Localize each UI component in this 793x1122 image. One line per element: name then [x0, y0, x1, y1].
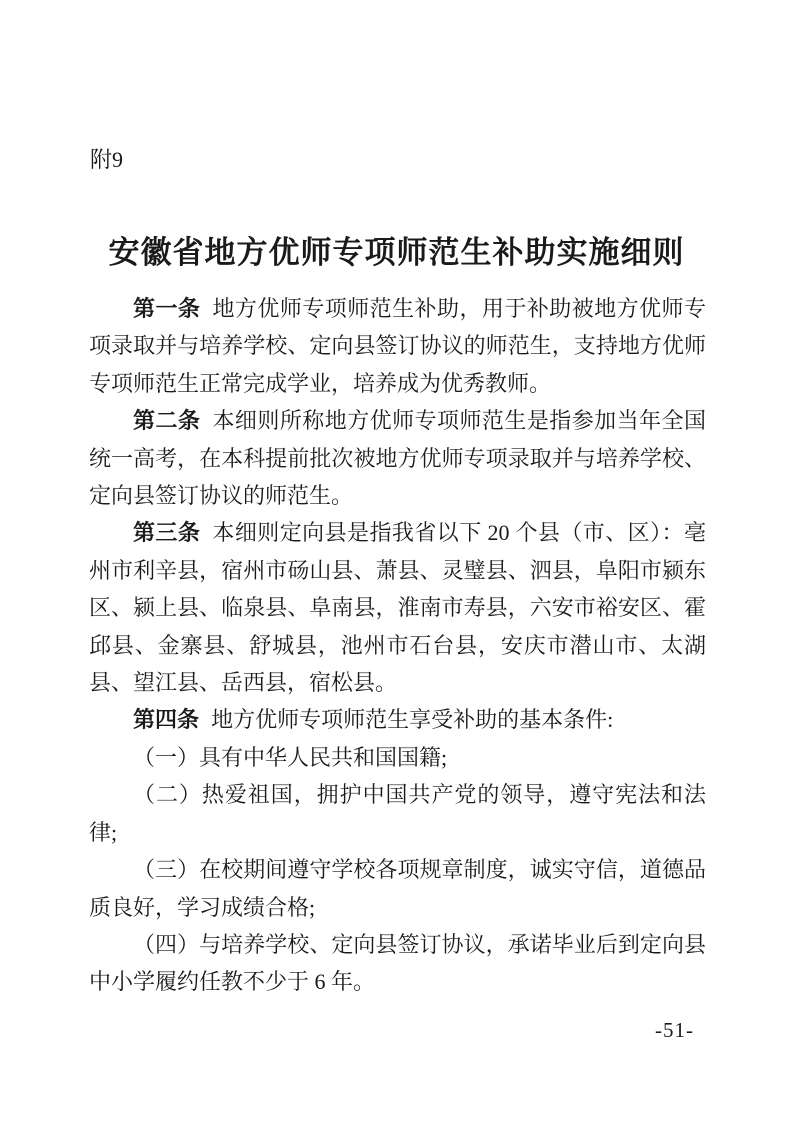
paragraph-item-3: （三）在校期间遵守学校各项规章制度，诚实守信，道德品质良好，学习成绩合格;: [89, 851, 706, 926]
article-1-number: 第一条: [133, 296, 200, 321]
paragraph-article-1: 第一条地方优师专项师范生补助，用于补助被地方优师专项录取并与培养学校、定向县签订…: [89, 290, 706, 402]
article-2-number: 第二条: [133, 408, 200, 433]
paragraph-article-4: 第四条地方优师专项师范生享受补助的基本条件:: [89, 701, 706, 738]
item-3-text: （三）在校期间遵守学校各项规章制度，诚实守信，道德品质良好，学习成绩合格;: [89, 857, 706, 919]
paragraph-article-3: 第三条本细则定向县是指我省以下 20 个县（市、区）：亳州市利辛县，宿州市砀山县…: [89, 514, 706, 701]
item-1-text: （一）具有中华人民共和国国籍;: [133, 745, 447, 770]
attachment-label: 附9: [90, 148, 123, 172]
document-body: 第一条地方优师专项师范生补助，用于补助被地方优师专项录取并与培养学校、定向县签订…: [89, 290, 706, 1001]
paragraph-item-2: （二）热爱祖国，拥护中国共产党的领导，遵守宪法和法律;: [89, 776, 706, 851]
paragraph-item-4: （四）与培养学校、定向县签订协议，承诺毕业后到定向县中小学履约任教不少于 6 年…: [89, 926, 706, 1001]
article-4-number: 第四条: [133, 707, 199, 732]
page-number: -51-: [655, 1018, 694, 1042]
document-page: 附9 安徽省地方优师专项师范生补助实施细则 第一条地方优师专项师范生补助，用于补…: [0, 0, 793, 1122]
article-4-text: 地方优师专项师范生享受补助的基本条件:: [211, 707, 613, 732]
page-title: 安徽省地方优师专项师范生补助实施细则: [0, 234, 793, 272]
article-3-number: 第三条: [133, 520, 200, 545]
item-4-text: （四）与培养学校、定向县签订协议，承诺毕业后到定向县中小学履约任教不少于 6 年…: [89, 932, 706, 994]
paragraph-item-1: （一）具有中华人民共和国国籍;: [89, 739, 706, 776]
article-3-text: 本细则定向县是指我省以下 20 个县（市、区）：亳州市利辛县，宿州市砀山县、萧县…: [89, 520, 706, 695]
item-2-text: （二）热爱祖国，拥护中国共产党的领导，遵守宪法和法律;: [89, 782, 706, 844]
paragraph-article-2: 第二条本细则所称地方优师专项师范生是指参加当年全国统一高考，在本科提前批次被地方…: [89, 402, 706, 514]
